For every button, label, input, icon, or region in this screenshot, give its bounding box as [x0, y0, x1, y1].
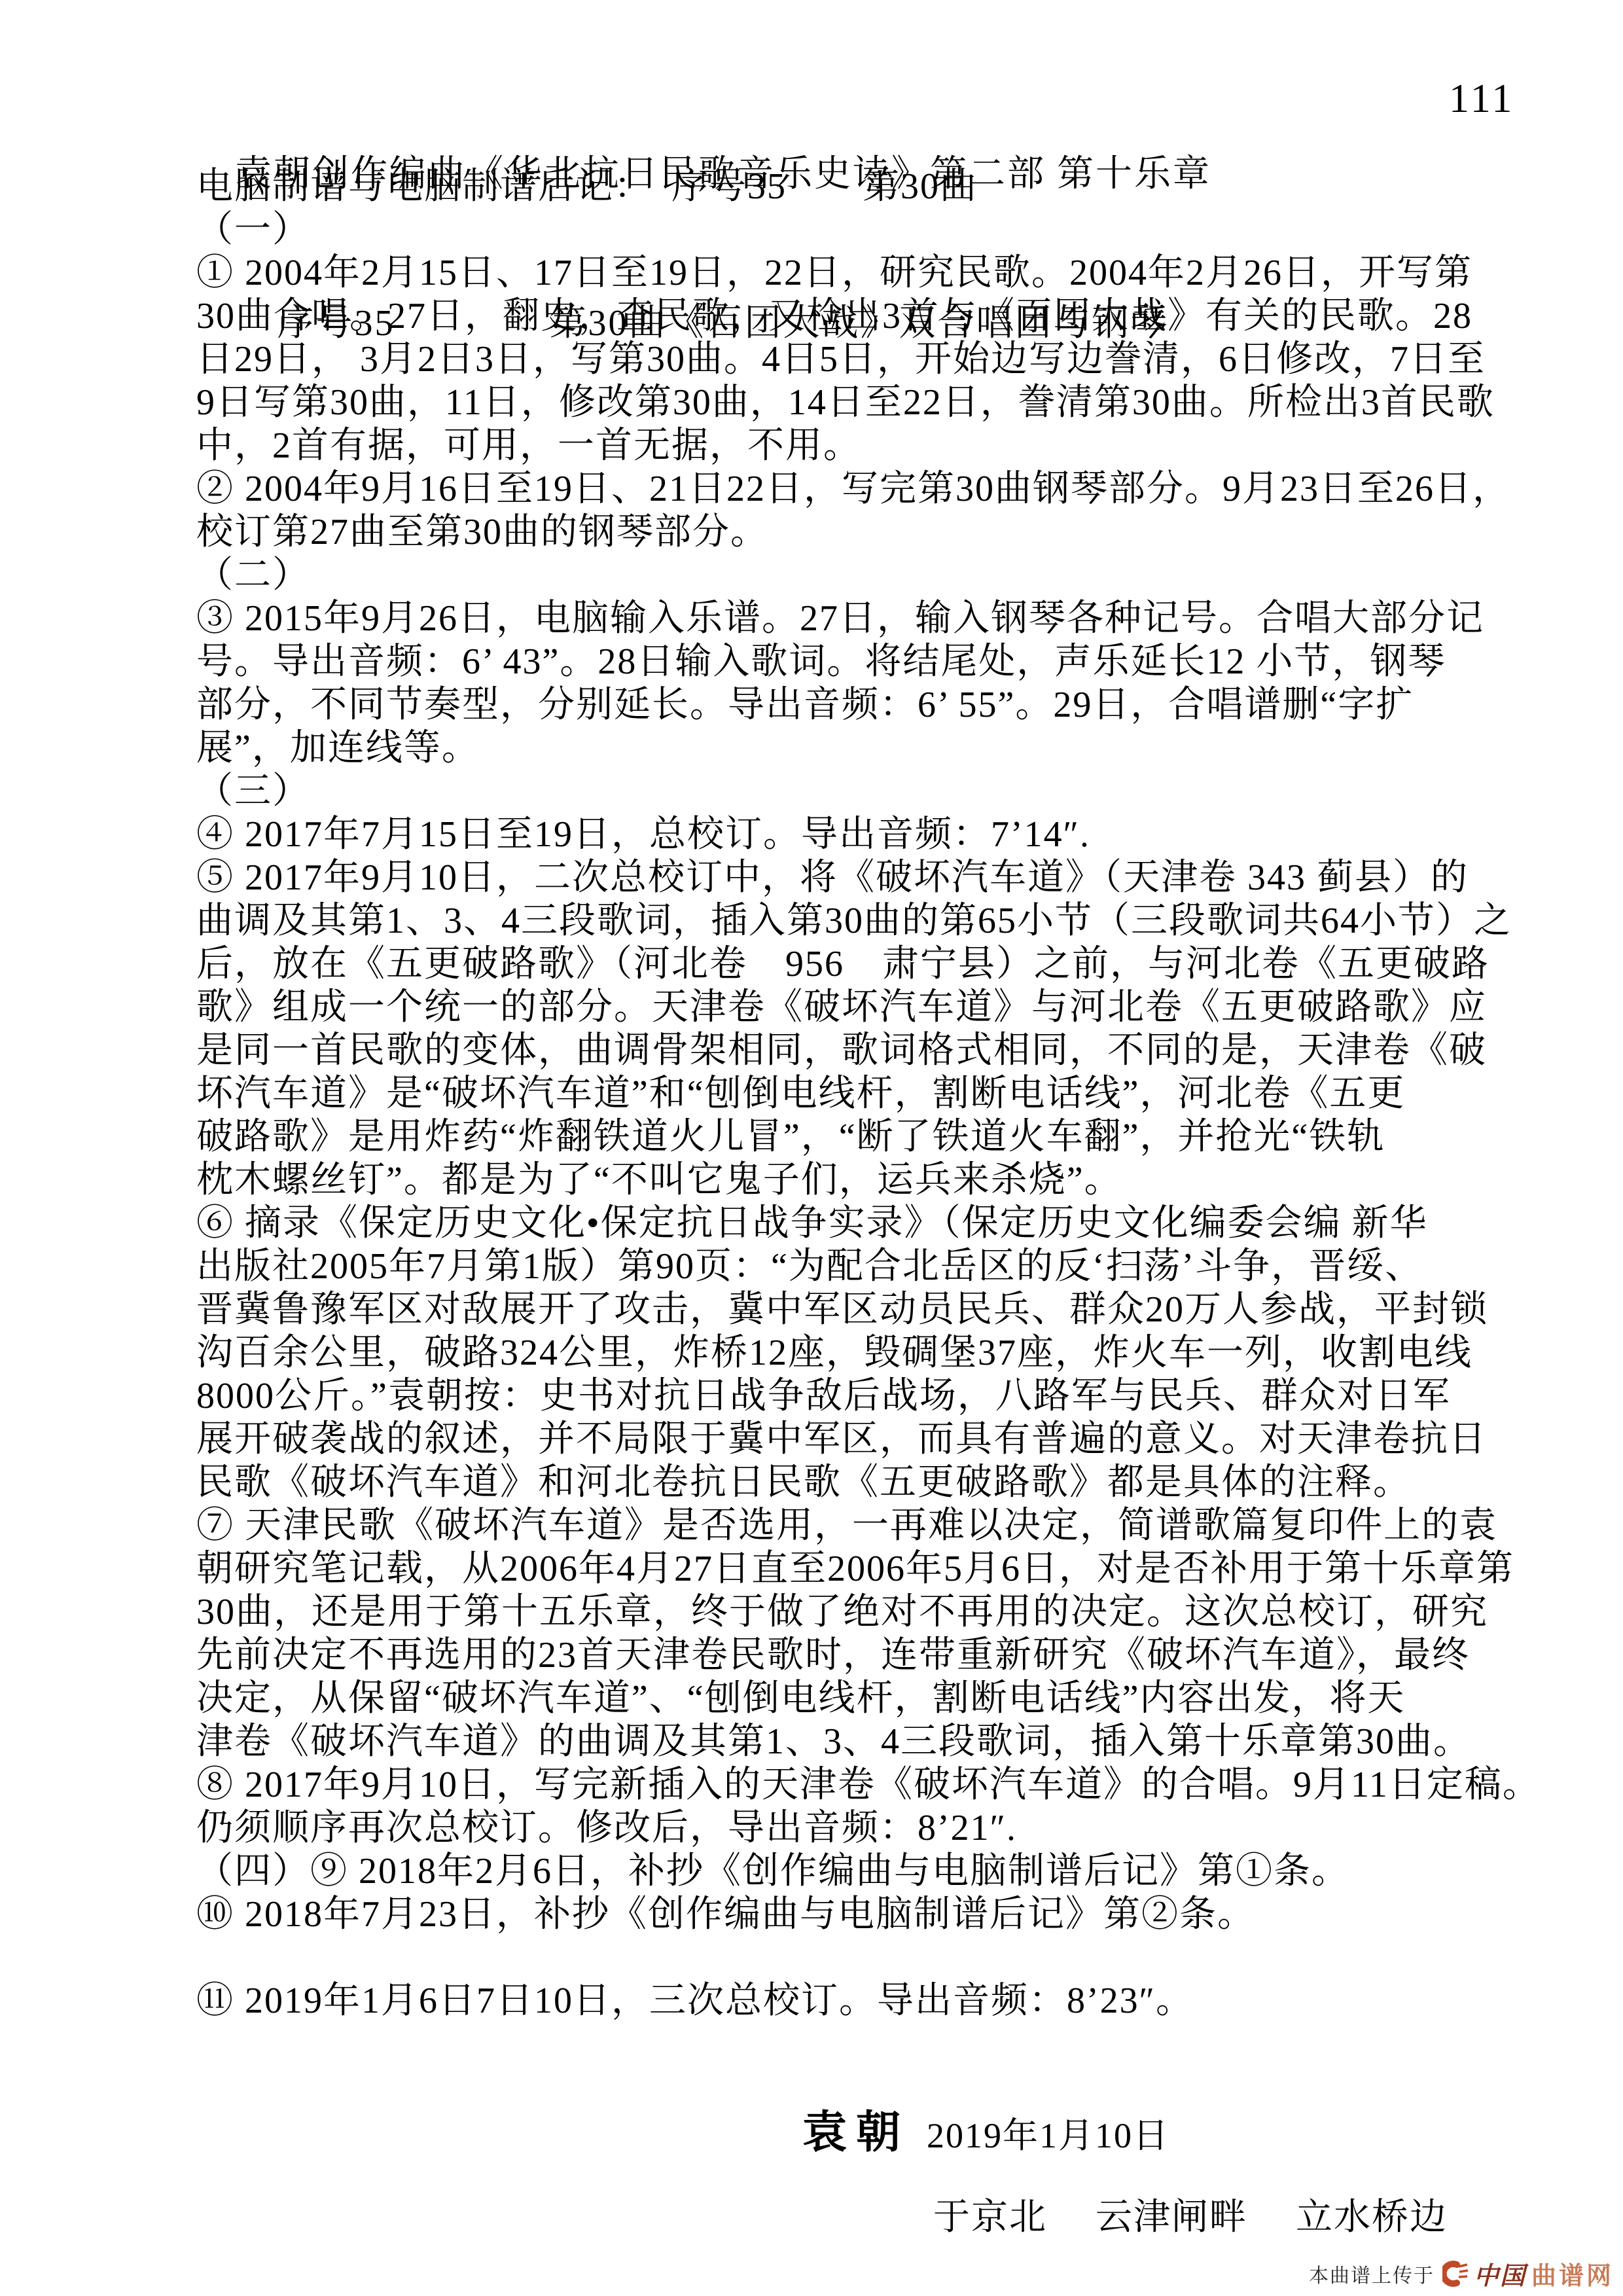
author-name: 袁朝	[802, 2097, 910, 2161]
text-line: ⑪ 2019年1月6日7日10日，三次总校订。导出音频：8’23″。	[196, 1979, 1551, 2022]
page-number: 111	[1449, 76, 1514, 122]
text-line: ⑧ 2017年9月10日，写完新插入的天津卷《破坏汽车道》的合唱。9月11日定稿…	[196, 1763, 1551, 1806]
text-line: ③ 2015年9月26日，电脑输入乐谱。27日，输入钢琴各种记号。合唱大部分记	[196, 597, 1551, 640]
text-line: ⑥ 摘录《保定历史文化•保定抗日战争实录》（保定历史文化编委会编 新华	[196, 1202, 1551, 1245]
text-line: 校订第27曲至第30曲的钢琴部分。	[196, 511, 1551, 554]
text-line: 曲调及其第1、3、4三段歌词，插入第30曲的第65小节（三段歌词共64小节）之	[196, 899, 1551, 942]
text-line: 民歌《破坏汽车道》和河北卷抗日民歌《五更破路歌》都是具体的注释。	[196, 1461, 1551, 1504]
text-line: 后，放在《五更破路歌》（河北卷 956 肃宁县）之前，与河北卷《五更破路	[196, 942, 1551, 986]
signature-line1: 袁朝 2019年1月10日	[802, 2097, 1448, 2161]
text-line: 津卷《破坏汽车道》的曲调及其第1、3、4三段歌词，插入第十乐章第30曲。	[196, 1720, 1551, 1763]
text-line: 决定，从保留“破坏汽车道”、“刨倒电线杆，割断电话线”内容出发，将天	[196, 1677, 1551, 1720]
text-line: 枕木螺丝钉”。都是为了“不叫它鬼子们，运兵来杀烧”。	[196, 1158, 1551, 1202]
text-line: （二）	[196, 554, 1551, 597]
text-line: ⑤ 2017年9月10日，二次总校订中，将《破坏汽车道》（天津卷 343 蓟县）…	[196, 856, 1551, 899]
text-line: 9日写第30曲，11日，修改第30曲，14日至22日，誊清第30曲。所检出3首民…	[196, 381, 1551, 424]
text-line: （三）	[196, 770, 1551, 813]
text-line: 沟百余公里，破路324公里，炸桥12座，毁碉堡37座，炸火车一列，收割电线	[196, 1331, 1551, 1374]
text-line: 中，2首有据，可用，一首无据，不用。	[196, 424, 1551, 467]
text-line: 歌》组成一个统一的部分。天津卷《破坏汽车道》与河北卷《五更破路歌》应	[196, 986, 1551, 1029]
text-line: 号。导出音频：6’ 43”。28日输入歌词。将结尾处，声乐延长12 小节，钢琴	[196, 640, 1551, 683]
document-page: 袁朝创作编曲《华北抗日民歌音乐史诗》第二部 第十乐章 序号35 第30曲《百团大…	[0, 0, 1623, 2296]
text-line: ① 2004年2月15日、17日至19日，22日，研究民歌。2004年2月26日…	[196, 251, 1551, 295]
text-line: （四）⑨ 2018年2月6日，补抄《创作编曲与电脑制谱后记》第①条。	[196, 1850, 1551, 1893]
text-line: 电脑制谱与电脑制谱后记： 序号35 第30曲	[196, 165, 1551, 208]
signature-block: 袁朝 2019年1月10日 于京北 云津闸畔 立水桥边	[802, 2073, 1448, 2264]
body-text: 电脑制谱与电脑制谱后记： 序号35 第30曲（一）① 2004年2月15日、17…	[196, 165, 1551, 2022]
text-line: 出版社2005年7月第1版）第90页：“为配合北岳区的反‘扫荡’斗争，晋绥、	[196, 1245, 1551, 1288]
text-line: （一）	[196, 208, 1551, 251]
text-line: 坏汽车道》是“破坏汽车道”和“刨倒电线杆，割断电话线”，河北卷《五更	[196, 1072, 1551, 1115]
text-line: 先前决定不再选用的23首天津卷民歌时，连带重新研究《破坏汽车道》，最终	[196, 1634, 1551, 1677]
text-line: 30曲合唱。27日，翻史，查民歌，又检出3首与《百团大战》有关的民歌。28	[196, 295, 1551, 338]
text-line: ② 2004年9月16日至19日、21日22日，写完第30曲钢琴部分。9月23日…	[196, 467, 1551, 511]
text-line: ④ 2017年7月15日至19日，总校订。导出音频：7’14″.	[196, 813, 1551, 856]
watermark-brand-qupuwang: 曲谱网	[1531, 2255, 1614, 2291]
text-line: 8000公斤。”袁朝按：史书对抗日战争敌后战场，八路军与民兵、群众对日军	[196, 1374, 1551, 1418]
watermark: 本曲谱上传于 中国 曲谱网	[1309, 2255, 1614, 2291]
music-note-logo-icon	[1442, 2261, 1469, 2287]
text-line: 破路歌》是用炸药“炸翻铁道火儿冒”，“断了铁道火车翻”，并抢光“铁轨	[196, 1115, 1551, 1158]
watermark-brand-china: 中国	[1474, 2255, 1526, 2291]
text-line: 部分，不同节奏型，分别延长。导出音频：6’ 55”。29日，合唱谱删“字扩	[196, 683, 1551, 726]
text-line: ⑦ 天津民歌《破坏汽车道》是否选用，一再难以决定，简谱歌篇复印件上的袁	[196, 1504, 1551, 1547]
signature-date: 2019年1月10日	[927, 2108, 1169, 2158]
signature-place: 于京北 云津闸畔 立水桥边	[933, 2188, 1448, 2240]
text-line	[196, 1936, 1551, 1979]
text-line: 30曲，还是用于第十五乐章，终于做了绝对不再用的决定。这次总校订，研究	[196, 1590, 1551, 1634]
watermark-text: 本曲谱上传于	[1309, 2259, 1435, 2288]
text-line: 仍须顺序再次总校订。修改后，导出音频：8’21″.	[196, 1806, 1551, 1850]
text-line: 展开破袭战的叙述，并不局限于冀中军区，而具有普遍的意义。对天津卷抗日	[196, 1418, 1551, 1461]
text-line: 是同一首民歌的变体，曲调骨架相同，歌词格式相同，不同的是，天津卷《破	[196, 1029, 1551, 1072]
text-line: 朝研究笔记载，从2006年4月27日直至2006年5月6日，对是否补用于第十乐章…	[196, 1547, 1551, 1590]
text-line: 晋冀鲁豫军区对敌展开了攻击，冀中军区动员民兵、群众20万人参战，平封锁	[196, 1288, 1551, 1331]
text-line: 日29日， 3月2日3日，写第30曲。4日5日，开始边写边誊清，6日修改，7日至	[196, 338, 1551, 381]
text-line: ⑩ 2018年7月23日，补抄《创作编曲与电脑制谱后记》第②条。	[196, 1893, 1551, 1936]
text-line: 展”，加连线等。	[196, 726, 1551, 770]
